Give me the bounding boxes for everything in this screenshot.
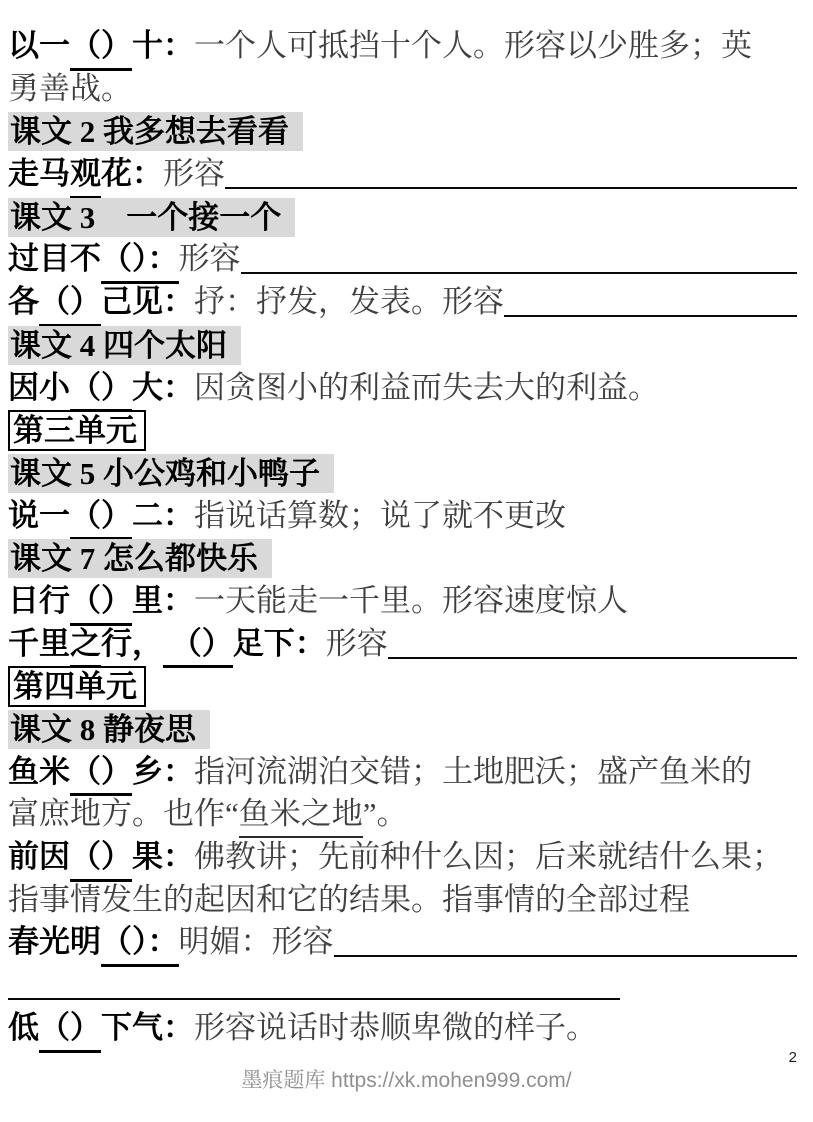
idiom-term-text: 说一 (8, 495, 70, 538)
lesson-header-2: 课文 2 我多想去看看 (8, 110, 797, 153)
idiom-term-text: 里： (132, 580, 194, 623)
idiom-entry-yin-xiao-shi-da: 因小（）大：因贪图小的利益而失去大的利益。 (8, 367, 797, 410)
lesson-header-8: 课文 8 静夜思 (8, 708, 797, 751)
header-label: 课文 5 小公鸡和小鸭子 (10, 456, 320, 491)
idiom-entry-di-sheng-xia-qi: 低（）下气：形容说话时恭顺卑微的样子。 (8, 1007, 797, 1050)
idiom-term-text: 行， (101, 623, 163, 666)
definition-text: 指河流湖泊交错；土地肥沃；盛产鱼米的 (194, 751, 752, 794)
idiom-term-text: 足下： (233, 623, 326, 666)
definition-text: ”。 (363, 793, 408, 836)
unit-header-text: 第四单元 (8, 666, 146, 707)
header-label: 第三单元 (13, 413, 137, 448)
header-label: 课文 4 四个太阳 (10, 328, 227, 363)
lesson-header-text: 课文 7 怎么都快乐 (8, 539, 272, 578)
definition-text: 明媚：形容 (179, 921, 334, 964)
answer-blank-line (334, 921, 798, 957)
term-blank-parens: 观 (70, 153, 101, 199)
definition-text: 勇善战。 (8, 68, 132, 111)
term-blank-parens: （） (70, 751, 132, 797)
term-blank-parens: （） (70, 495, 132, 541)
worksheet-page: 以一（）十：一个人可抵挡十个人。形容以少胜多；英勇善战。课文 2 我多想去看看走… (0, 0, 813, 1122)
lesson-header-3: 课文 3 一个接一个 (8, 196, 797, 239)
unit-header-3: 第三单元 (8, 409, 797, 452)
continuation-blank-line (8, 964, 797, 1007)
term-blank-parens: （） (70, 580, 132, 626)
continuation-blank-underline (8, 964, 620, 1000)
unit-header-4: 第四单元 (8, 665, 797, 708)
idiom-entry-yu-mi-zhi-xiang: 鱼米（）乡：指河流湖泊交错；土地肥沃；盛产鱼米的 (8, 751, 797, 794)
idiom-entry-shuo-yi-bu-er: 说一（）二：指说话算数；说了就不更改 (8, 495, 797, 538)
term-blank-parens: （） (163, 623, 233, 669)
term-blank-parens: （） (70, 367, 132, 413)
idiom-entry-ge-shu-ji-jian: 各（）己见：抒：抒发，发表。形容 (8, 281, 797, 324)
definition-text: 指说话算数；说了就不更改 (194, 495, 566, 538)
idiom-term-text: 下气： (101, 1007, 194, 1050)
answer-blank-line (225, 153, 797, 189)
term-blank-parens: （） (39, 1007, 101, 1053)
idiom-entry-continuation: 勇善战。 (8, 68, 797, 111)
lesson-header-text: 课文 5 小公鸡和小鸭子 (8, 454, 334, 493)
idiom-term-text: 十： (132, 25, 194, 68)
idiom-term-text: 春光明 (8, 921, 101, 964)
idiom-term-text: 大： (132, 367, 194, 410)
idiom-term-text: 二： (132, 495, 194, 538)
idiom-entry-qian-yin-hou-guo: 前因（）果：佛教讲；先前种什么因；后来就结什么果； (8, 836, 797, 879)
idiom-term-text: 因小 (8, 367, 70, 410)
idiom-term-text: 日行 (8, 580, 70, 623)
lesson-header-5: 课文 5 小公鸡和小鸭子 (8, 452, 797, 495)
lesson-header-4: 课文 4 四个太阳 (8, 324, 797, 367)
idiom-term-text: 果： (132, 836, 194, 879)
idiom-term-text: 过目不 (8, 238, 101, 281)
term-blank-parens: （） (70, 25, 132, 71)
term-blank-parens: （）： (101, 238, 179, 284)
answer-blank-line (504, 281, 797, 317)
idiom-term-text: 以一 (8, 25, 70, 68)
footer-site-url: 墨痕题库 https://xk.mohen999.com/ (241, 1069, 571, 1092)
header-label: 第四单元 (13, 669, 137, 704)
definition-text: 形容 (326, 623, 388, 666)
definition-text: 指事情发生的起因和它的结果。指事情的全部过程 (8, 879, 690, 922)
answer-blank-line (388, 623, 797, 659)
idiom-entry-continuation: 指事情发生的起因和它的结果。指事情的全部过程 (8, 879, 797, 922)
header-label: 课文 8 静夜思 (10, 712, 196, 747)
idiom-entry-zou-ma-guan-hua: 走马观花：形容 (8, 153, 797, 196)
idiom-entry-ri-xing-qian-li: 日行（）里：一天能走一千里。形容速度惊人 (8, 580, 797, 623)
lesson-header-text: 课文 8 静夜思 (8, 710, 210, 749)
idiom-term-text: 走马 (8, 153, 70, 196)
definition-text: 一天能走一千里。形容速度惊人 (194, 580, 628, 623)
page-number: 2 (789, 1049, 797, 1066)
idiom-term-text: 低 (8, 1007, 39, 1050)
idiom-term-text: 己见： (101, 281, 194, 324)
document-body: 以一（）十：一个人可抵挡十个人。形容以少胜多；英勇善战。课文 2 我多想去看看走… (8, 25, 797, 1050)
term-blank-parens: 之 (70, 623, 101, 669)
lesson-header-text: 课文 2 我多想去看看 (8, 112, 303, 151)
idiom-term-text: 花： (101, 153, 163, 196)
term-blank-parens: （）： (101, 921, 179, 967)
idiom-entry-continuation: 富庶地方。也作“鱼米之地”。 (8, 793, 797, 836)
header-label: 课文 3 一个接一个 (10, 200, 281, 235)
definition-text: 形容 (163, 153, 225, 196)
term-blank-parens: （） (70, 836, 132, 882)
definition-underlined-text: 鱼米之地 (239, 793, 363, 838)
idiom-term-text: 千里 (8, 623, 70, 666)
unit-header-text: 第三单元 (8, 410, 146, 451)
idiom-term-text: 各 (8, 281, 39, 324)
lesson-header-text: 课文 3 一个接一个 (8, 198, 295, 237)
lesson-header-7: 课文 7 怎么都快乐 (8, 537, 797, 580)
definition-text: 形容说话时恭顺卑微的样子。 (194, 1007, 597, 1050)
idiom-entry-guo-mu-bu-wang: 过目不（）：形容 (8, 238, 797, 281)
idiom-entry-qian-li-zhi-xing: 千里之行， （）足下：形容 (8, 623, 797, 666)
idiom-entry-yi-yi-dang-shi: 以一（）十：一个人可抵挡十个人。形容以少胜多；英 (8, 25, 797, 68)
term-blank-parens: （） (39, 281, 101, 327)
lesson-header-text: 课文 4 四个太阳 (8, 326, 241, 365)
definition-text: 抒：抒发，发表。形容 (194, 281, 504, 324)
idiom-term-text: 乡： (132, 751, 194, 794)
definition-text: 富庶地方。也作“ (8, 793, 239, 836)
page-footer: 墨痕题库 https://xk.mohen999.com/ (0, 1064, 813, 1094)
definition-text: 形容 (179, 238, 241, 281)
answer-blank-line (241, 238, 798, 274)
definition-text: 一个人可抵挡十个人。形容以少胜多；英 (194, 25, 752, 68)
idiom-entry-chun-guang-ming-mei: 春光明（）：明媚：形容 (8, 921, 797, 964)
header-label: 课文 2 我多想去看看 (10, 114, 289, 149)
header-label: 课文 7 怎么都快乐 (10, 541, 258, 576)
idiom-term-text: 前因 (8, 836, 70, 879)
idiom-term-text: 鱼米 (8, 751, 70, 794)
definition-text: 因贪图小的利益而失去大的利益。 (194, 367, 659, 410)
definition-text: 佛教讲；先前种什么因；后来就结什么果； (194, 836, 783, 879)
